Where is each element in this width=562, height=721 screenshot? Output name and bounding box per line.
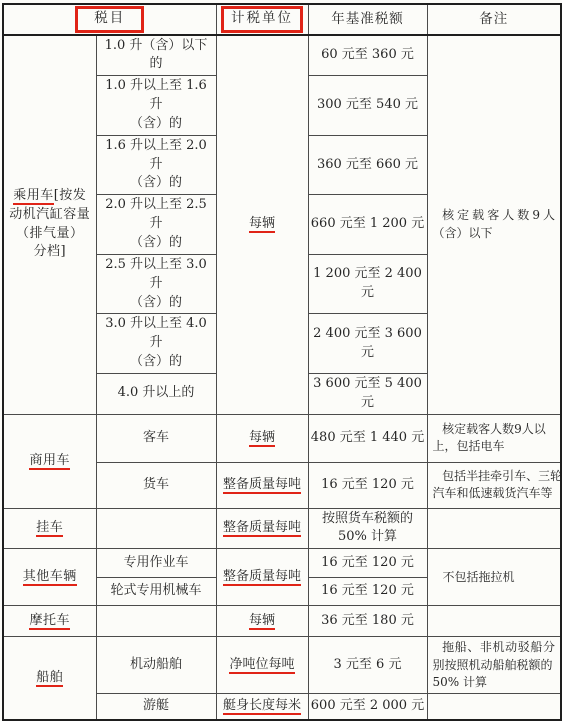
- table-row: 乘用车[按发 动机汽缸容量 （排气量） 分档] 1.0 升（含）以下的 每辆 6…: [3, 35, 561, 76]
- red-underlined-term: 挂车: [36, 520, 63, 537]
- red-underlined-term: 净吨位每吨: [229, 657, 294, 674]
- empty-cell: [427, 508, 561, 549]
- category-cell-passenger: 乘用车[按发 动机汽缸容量 （排气量） 分档]: [3, 35, 96, 415]
- note-line: 拖船、非机动驳船分: [433, 639, 556, 656]
- note-line: （含）以下: [433, 225, 556, 242]
- red-underlined-term: 每辆: [249, 430, 275, 447]
- note-line: 50% 计算: [433, 674, 556, 691]
- red-underlined-term: 每辆: [249, 216, 275, 233]
- amount-cell: 按照货车税额的 50% 计算: [308, 508, 427, 549]
- table-row: 商用车 客车 每辆 480 元至 1 440 元 核定载客人数9人以 上，包括电…: [3, 414, 561, 462]
- empty-cell: [427, 694, 561, 720]
- empty-cell: [96, 508, 216, 549]
- red-underlined-term: 艇身长度每米: [223, 698, 301, 715]
- amount-cell: 660 元至 1 200 元: [308, 195, 427, 255]
- red-underlined-term: 乘用车: [13, 188, 54, 205]
- category-cell-trailer: 挂车: [3, 508, 96, 549]
- note-line: 汽车和低速载货汽车等: [433, 485, 556, 502]
- note-cell-bus: 核定载客人数9人以 上，包括电车: [427, 414, 561, 462]
- note-cell-other: 不包括拖拉机: [427, 549, 561, 606]
- amount-cell: 36 元至 180 元: [308, 606, 427, 637]
- subcategory-cell: 3.0 升以上至 4.0 升 （含）的: [96, 314, 216, 374]
- header-tax-item-label: 税目: [94, 10, 125, 26]
- amount-cell: 16 元至 120 元: [308, 578, 427, 606]
- note-line: 核定载客人数9人: [433, 207, 556, 224]
- table-row: 挂车 整备质量每吨 按照货车税额的 50% 计算: [3, 508, 561, 549]
- red-underlined-term: 每辆: [249, 613, 275, 630]
- header-remark-label: 备注: [427, 4, 561, 35]
- table-row: 其他车辆 专用作业车 整备质量每吨 16 元至 120 元 不包括拖拉机: [3, 549, 561, 578]
- amount-cell: 16 元至 120 元: [308, 462, 427, 508]
- red-underlined-term: 整备质量每吨: [223, 477, 301, 494]
- red-highlight-box-tax-item: 税目: [75, 6, 144, 33]
- subcategory-cell: 1.0 升（含）以下的: [96, 35, 216, 76]
- unit-cell: 净吨位每吨: [216, 637, 308, 694]
- red-underlined-term: 其他车辆: [23, 569, 77, 586]
- unit-cell: 艇身长度每米: [216, 694, 308, 720]
- note-cell-passenger: 核定载客人数9人 （含）以下: [427, 35, 561, 415]
- subcategory-cell: 轮式专用机械车: [96, 578, 216, 606]
- subcategory-cell: 2.5 升以上至 3.0 升 （含）的: [96, 254, 216, 314]
- note-line: 不包括拖拉机: [433, 569, 556, 586]
- unit-cell-other: 整备质量每吨: [216, 549, 308, 606]
- table-row: 摩托车 每辆 36 元至 180 元: [3, 606, 561, 637]
- red-underlined-term: 商用车: [29, 453, 70, 470]
- header-tax-unit-cell: 计税单位: [216, 4, 308, 35]
- amount-cell: 3 元至 6 元: [308, 637, 427, 694]
- note-line: 别按照机动船舶税额的: [433, 657, 556, 674]
- unit-cell-passenger: 每辆: [216, 35, 308, 415]
- header-tax-item-cell: 税目: [3, 4, 216, 35]
- header-annual-base-label: 年基准税额: [308, 4, 427, 35]
- note-line: 核定载客人数9人以: [433, 421, 556, 438]
- subcategory-cell: 专用作业车: [96, 549, 216, 578]
- unit-cell: 整备质量每吨: [216, 462, 308, 508]
- category-cell-motorcycle: 摩托车: [3, 606, 96, 637]
- unit-cell: 每辆: [216, 414, 308, 462]
- amount-cell: 16 元至 120 元: [308, 549, 427, 578]
- empty-cell: [96, 606, 216, 637]
- category-cell-ship: 船舶: [3, 637, 96, 720]
- vehicle-vessel-tax-table: 税目 计税单位 年基准税额 备注 乘用车[按发 动机汽缸容量 （排气量） 分档]…: [2, 3, 562, 721]
- subcategory-cell: 客车: [96, 414, 216, 462]
- amount-cell: 60 元至 360 元: [308, 35, 427, 76]
- subcategory-cell: 机动船舶: [96, 637, 216, 694]
- table-header-row: 税目 计税单位 年基准税额 备注: [3, 4, 561, 35]
- category-cell-other: 其他车辆: [3, 549, 96, 606]
- amount-cell: 1 200 元至 2 400 元: [308, 254, 427, 314]
- note-cell-truck: 包括半挂牵引车、三轮 汽车和低速载货汽车等: [427, 462, 561, 508]
- subcategory-cell: 4.0 升以上的: [96, 373, 216, 414]
- subcategory-cell: 货车: [96, 462, 216, 508]
- empty-cell: [427, 606, 561, 637]
- amount-cell: 360 元至 660 元: [308, 135, 427, 195]
- red-underlined-term: 摩托车: [29, 613, 70, 630]
- header-tax-unit-label: 计税单位: [231, 10, 293, 26]
- note-line: 上，包括电车: [433, 438, 556, 455]
- amount-cell: 300 元至 540 元: [308, 76, 427, 136]
- note-line: 包括半挂牵引车、三轮: [433, 468, 556, 485]
- subcategory-cell: 1.0 升以上至 1.6 升 （含）的: [96, 76, 216, 136]
- amount-cell: 2 400 元至 3 600 元: [308, 314, 427, 374]
- red-underlined-term: 整备质量每吨: [223, 569, 301, 586]
- category-cell-commercial: 商用车: [3, 414, 96, 508]
- subcategory-cell: 游艇: [96, 694, 216, 720]
- note-cell-ship: 拖船、非机动驳船分 别按照机动船舶税额的 50% 计算: [427, 637, 561, 694]
- red-underlined-term: 整备质量每吨: [223, 520, 301, 537]
- table-row: 船舶 机动船舶 净吨位每吨 3 元至 6 元 拖船、非机动驳船分 别按照机动船舶…: [3, 637, 561, 694]
- subcategory-cell: 1.6 升以上至 2.0 升 （含）的: [96, 135, 216, 195]
- unit-cell: 每辆: [216, 606, 308, 637]
- amount-cell: 600 元至 2 000 元: [308, 694, 427, 720]
- amount-cell: 3 600 元至 5 400 元: [308, 373, 427, 414]
- red-underlined-term: 船舶: [36, 670, 63, 687]
- amount-cell: 480 元至 1 440 元: [308, 414, 427, 462]
- subcategory-cell: 2.0 升以上至 2.5 升 （含）的: [96, 195, 216, 255]
- red-highlight-box-tax-unit: 计税单位: [221, 6, 303, 33]
- unit-cell: 整备质量每吨: [216, 508, 308, 549]
